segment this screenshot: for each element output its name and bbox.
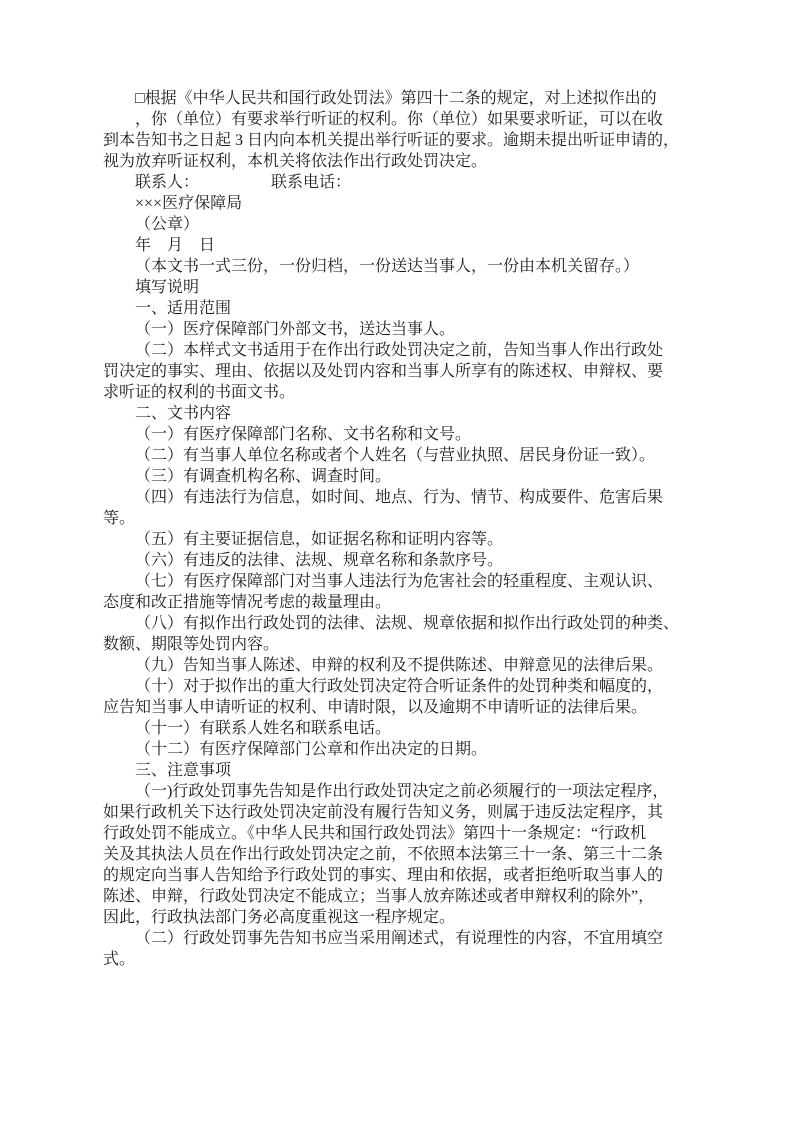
document-line: 如果行政机关下达行政处罚决定前没有履行告知义务，则属于违反法定程序，其 xyxy=(103,802,703,823)
document-line: （三）有调查机构名称、调查时间。 xyxy=(103,466,703,487)
document-line: （本文书一式三份，一份归档，一份送达当事人，一份由本机关留存。） xyxy=(103,256,703,277)
document-line: 到本告知书之日起 3 日内向本机关提出举行听证的要求。逾期未提出听证申请的， xyxy=(103,130,703,151)
document-line: （公章） xyxy=(103,214,703,235)
document-line: 的规定向当事人告知给予行政处罚的事实、理由和依据，或者拒绝听取当事人的 xyxy=(103,865,703,886)
document-line: 关及其执法人员在作出行政处罚决定之前，不依照本法第三十一条、第三十二条 xyxy=(103,844,703,865)
document-line: 求听证的权利的书面文书。 xyxy=(103,382,703,403)
document-line: ，你（单位）有要求举行听证的权利。你（单位）如果要求听证，可以在收 xyxy=(103,109,703,130)
document-line: （九）告知当事人陈述、申辩的权利及不提供陈述、申辩意见的法律后果。 xyxy=(103,655,703,676)
document-line: （一）医疗保障部门外部文书，送达当事人。 xyxy=(103,319,703,340)
document-line: （六）有违反的法律、法规、规章名称和条款序号。 xyxy=(103,550,703,571)
document-line: （十二）有医疗保障部门公章和作出决定的日期。 xyxy=(103,739,703,760)
document-line: 三、注意事项 xyxy=(103,760,703,781)
document-line: （四）有违法行为信息，如时间、地点、行为、情节、构成要件、危害后果 xyxy=(103,487,703,508)
document-line: （一)行政处罚事先告知是作出行政处罚决定之前必须履行的一项法定程序， xyxy=(103,781,703,802)
document-line: 一、适用范围 xyxy=(103,298,703,319)
document-page: □根据《中华人民共和国行政处罚法》第四十二条的规定，对上述拟作出的，你（单位）有… xyxy=(0,0,793,1122)
document-line: 应告知当事人申请听证的权利、申请时限，以及逾期不申请听证的法律后果。 xyxy=(103,697,703,718)
document-line: （七）有医疗保障部门对当事人违法行为危害社会的轻重程度、主观认识、 xyxy=(103,571,703,592)
document-line: 因此，行政执法部门务必高度重视这一程序规定。 xyxy=(103,907,703,928)
document-line: 二、文书内容 xyxy=(103,403,703,424)
document-line: （二）行政处罚事先告知书应当采用阐述式，有说理性的内容，不宜用填空 xyxy=(103,928,703,949)
document-line: □根据《中华人民共和国行政处罚法》第四十二条的规定，对上述拟作出的 xyxy=(103,88,703,109)
document-line: 态度和改正措施等情况考虑的裁量理由。 xyxy=(103,592,703,613)
document-line: （八）有拟作出行政处罚的法律、法规、规章依据和拟作出行政处罚的种类、 xyxy=(103,613,703,634)
document-line: （十一）有联系人姓名和联系电话。 xyxy=(103,718,703,739)
document-line: （一）有医疗保障部门名称、文书名称和文号。 xyxy=(103,424,703,445)
document-line: （十）对于拟作出的重大行政处罚决定符合听证条件的处罚种类和幅度的， xyxy=(103,676,703,697)
document-line: （二）有当事人单位名称或者个人姓名（与营业执照、居民身份证一致）。 xyxy=(103,445,703,466)
document-line: 数额、期限等处罚内容。 xyxy=(103,634,703,655)
document-content: □根据《中华人民共和国行政处罚法》第四十二条的规定，对上述拟作出的，你（单位）有… xyxy=(103,88,703,970)
document-line: 年 月 日 xyxy=(103,235,703,256)
document-line: 罚决定的事实、理由、依据以及处罚内容和当事人所享有的陈述权、申辩权、要 xyxy=(103,361,703,382)
document-line: 填写说明 xyxy=(103,277,703,298)
document-line: 联系人： 联系电话： xyxy=(103,172,703,193)
document-line: 陈述、申辩，行政处罚决定不能成立；当事人放弃陈述或者申辩权利的除外”， xyxy=(103,886,703,907)
document-line: （二）本样式文书适用于在作出行政处罚决定之前，告知当事人作出行政处 xyxy=(103,340,703,361)
document-line: 等。 xyxy=(103,508,703,529)
document-line: （五）有主要证据信息，如证据名称和证明内容等。 xyxy=(103,529,703,550)
document-line: 视为放弃听证权利，本机关将依法作出行政处罚决定。 xyxy=(103,151,703,172)
document-line: ×××医疗保障局 xyxy=(103,193,703,214)
document-line: 行政处罚不能成立。《中华人民共和国行政处罚法》第四十一条规定：“行政机 xyxy=(103,823,703,844)
document-line: 式。 xyxy=(103,949,703,970)
